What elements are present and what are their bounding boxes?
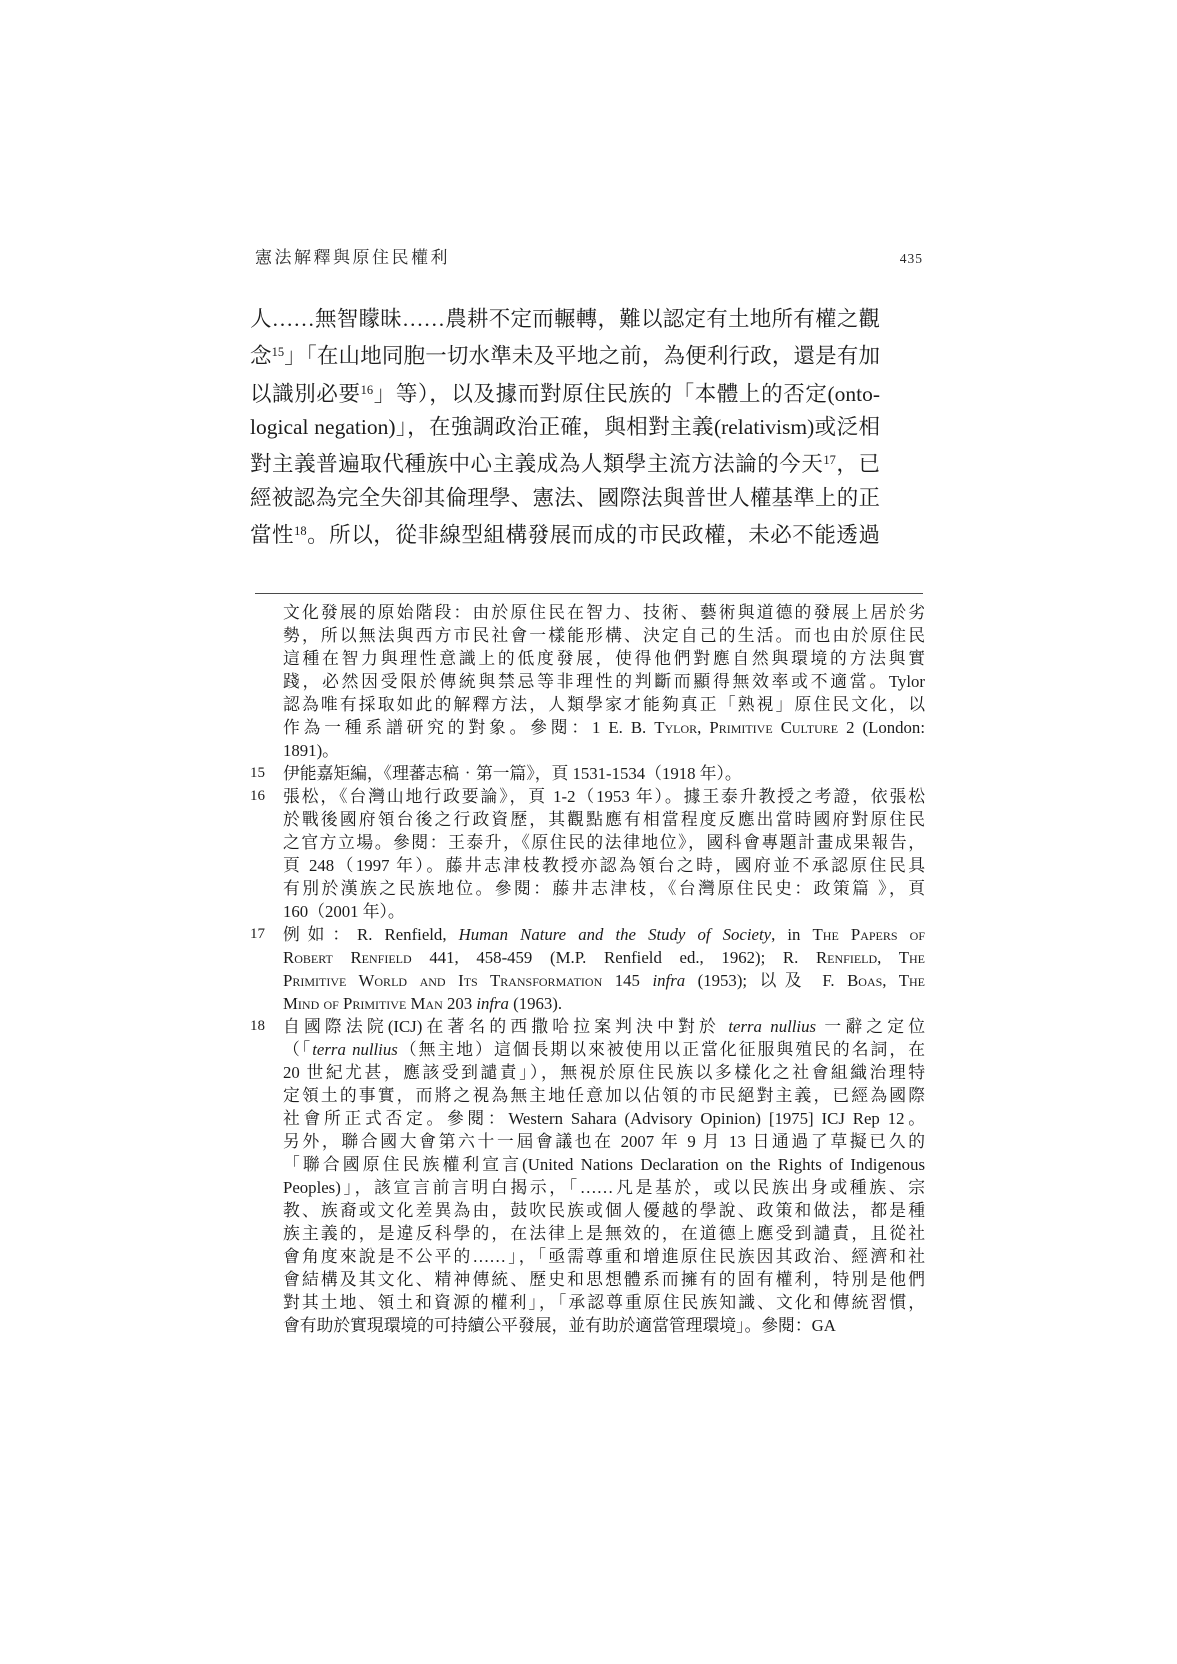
footnote-line: 踐，必然因受限於傳統與禁忌等非理性的判斷而顯得無效率或不適當。Tylor <box>283 670 925 693</box>
text-segment: 20 世紀尤甚，應該受到譴責」），無視於原住民族以多樣化之社會組織治理特 <box>283 1063 925 1082</box>
text-segment: 會角度來說是不公平的……」，「亟需尊重和增進原住民族因其政治、經濟和社 <box>283 1247 925 1266</box>
text-segment: F. Boas, The <box>822 971 925 990</box>
text-segment: 人……無智矇昧……農耕不定而輾轉，難以認定有土地所有權之觀 <box>250 307 880 331</box>
text-segment: 勢，所以無法與西方市民社會一樣能形構、決定自己的生活。而也由於原住民 <box>283 626 925 645</box>
footnote-line: 之官方立場。參閱：王泰升，《原住民的法律地位》，國科會專題計畫成果報告， <box>283 831 925 854</box>
text-segment: （「 <box>283 1040 312 1059</box>
footnote-line: 教、族裔或文化差異為由，鼓吹民族或個人優越的學說、政策和做法，都是種 <box>283 1199 925 1222</box>
footnote-line: 認為唯有採取如此的解釋方法，人類學家才能夠真正「熟視」原住民文化，以 <box>283 693 925 716</box>
text-segment: 會結構及其文化、精神傳統、歷史和思想體系而擁有的固有權利，特別是他們 <box>283 1270 925 1289</box>
footnote-number: 16 <box>250 785 283 923</box>
footnote-line: Primitive World and Its Transformation 1… <box>283 969 925 992</box>
text-segment: 念 <box>250 344 272 368</box>
body-line: 對主義普遍取代種族中心主義成為人類學主流方法論的今天17，已 <box>250 444 880 481</box>
text-segment: Peoples)」，該宣言前言明白揭示，「……凡是基於，或以民族出身或種族、宗 <box>283 1178 925 1197</box>
footnote-line: 定領土的事實，而將之視為無主地任意加以佔領的市民絕對主義，已經為國際 <box>283 1084 925 1107</box>
text-segment: 。所以，從非線型組構發展而成的市民政權，未必不能透過 <box>307 523 880 547</box>
text-segment: 441, 458-459 (M.P. Renfield ed., 1962); <box>412 948 783 967</box>
text-segment: 定領土的事實，而將之視為無主地任意加以佔領的市民絕對主義，已經為國際 <box>283 1086 925 1105</box>
text-segment: 145 <box>602 971 652 990</box>
text-segment: 203 <box>443 994 477 1013</box>
text-segment: 張松，《台灣山地行政要論》，頁 1-2（1953 年）。據王泰升教授之考證，依張… <box>283 787 925 806</box>
text-segment: 頁 248（1997 年）。藤井志津枝教授亦認為領台之時，國府並不承認原住民具 <box>283 856 925 875</box>
body-line: 當性18。所以，從非線型組構發展而成的市民政權，未必不能透過 <box>250 515 880 552</box>
footnote-line: 社會所正式否定。參閱：Western Sahara (Advisory Opin… <box>283 1107 925 1130</box>
footnote-line: 另外，聯合國大會第六十一屆會議也在 2007 年 9 月 13 日通過了草擬已久… <box>283 1130 925 1153</box>
text-segment: The Papers of <box>813 925 925 944</box>
footnote-reference: 18 <box>294 524 306 538</box>
text-segment: 「聯合國原住民族權利宣言(United Nations Declaration … <box>283 1155 925 1174</box>
footnote-line: 族主義的，是違反科學的，在法律上是無效的，在道德上應受到譴責，且從社 <box>283 1222 925 1245</box>
document-page: 憲法解釋與原住民權利 435 人……無智矇昧……農耕不定而輾轉，難以認定有土地所… <box>0 0 1177 1664</box>
page-number: 435 <box>900 251 923 267</box>
text-segment: 有別於漢族之民族地位。參閱：藤井志津枝，《台灣原住民史：政策篇 》，頁 <box>283 879 925 898</box>
text-segment: 1891)。 <box>283 741 339 760</box>
text-segment: (1963). <box>509 994 562 1013</box>
text-segment: 一辭之定位 <box>816 1017 925 1036</box>
text-segment: 這種在智力與理性意識上的低度發展，使得他們對應自然與環境的方法與實 <box>283 649 925 668</box>
footnote-reference: 17 <box>823 453 835 467</box>
footnote-number: 18 <box>250 1015 283 1337</box>
text-segment: 認為唯有採取如此的解釋方法，人類學家才能夠真正「熟視」原住民文化，以 <box>283 695 925 714</box>
footnote-line: 文化發展的原始階段：由於原住民在智力、技術、藝術與道德的發展上居於劣 <box>283 601 925 624</box>
footnote-text: 文化發展的原始階段：由於原住民在智力、技術、藝術與道德的發展上居於劣勢，所以無法… <box>283 601 925 762</box>
text-segment: 族主義的，是違反科學的，在法律上是無效的，在道德上應受到譴責，且從社 <box>283 1224 925 1243</box>
text-segment: infra <box>476 994 509 1013</box>
footnote: 16張松，《台灣山地行政要論》，頁 1-2（1953 年）。據王泰升教授之考證，… <box>250 785 925 923</box>
footnote-line: 1891)。 <box>283 739 925 762</box>
footnote-line: 20 世紀尤甚，應該受到譴責」），無視於原住民族以多樣化之社會組織治理特 <box>283 1061 925 1084</box>
footnote-reference: 16 <box>361 383 373 397</box>
footnote-line: 張松，《台灣山地行政要論》，頁 1-2（1953 年）。據王泰升教授之考證，依張… <box>283 785 925 808</box>
text-segment: 以識別必要 <box>250 382 361 406</box>
footnote-reference: 15 <box>272 345 284 359</box>
body-line: 念15」「在山地同胞一切水準未及平地之前，為便利行政，還是有加 <box>250 336 880 373</box>
screenshot-root: { "page": { "colors": { "background": "#… <box>0 0 1177 1664</box>
footnote: 15伊能嘉矩編，《理蕃志稿‧第一篇》，頁 1531-1534（1918 年）。 <box>250 762 925 785</box>
body-line: 人……無智矇昧……農耕不定而輾轉，難以認定有土地所有權之觀 <box>250 303 880 336</box>
footnote-line: 頁 248（1997 年）。藤井志津枝教授亦認為領台之時，國府並不承認原住民具 <box>283 854 925 877</box>
text-segment: Human Nature and the Study of Society <box>459 925 771 944</box>
body-line: 經被認為完全失卻其倫理學、憲法、國際法與普世人權基準上的正 <box>250 482 880 515</box>
text-segment: , in <box>771 925 812 944</box>
text-segment: terra nullius <box>728 1017 816 1036</box>
text-segment: 之官方立場。參閱：王泰升，《原住民的法律地位》，國科會專題計畫成果報告， <box>283 833 925 852</box>
body-line: logical negation)」，在強調政治正確，與相對主義(relativ… <box>250 411 880 444</box>
text-segment: 對主義普遍取代種族中心主義成為人類學主流方法論的今天 <box>250 452 823 476</box>
body-text: 人……無智矇昧……農耕不定而輾轉，難以認定有土地所有權之觀念15」「在山地同胞一… <box>250 303 880 552</box>
text-segment: (1953); 以及 <box>685 971 822 990</box>
footnote-text: 自國際法院(ICJ)在著名的西撒哈拉案判決中對於 terra nullius 一… <box>283 1015 925 1337</box>
footnote-line: 會角度來說是不公平的……」，「亟需尊重和增進原住民族因其政治、經濟和社 <box>283 1245 925 1268</box>
footnote-line: 於戰後國府領台後之行政資歷，其觀點應有相當程度反應出當時國府對原住民 <box>283 808 925 831</box>
footnote-line: 自國際法院(ICJ)在著名的西撒哈拉案判決中對於 terra nullius 一… <box>283 1015 925 1038</box>
text-segment: 於戰後國府領台後之行政資歷，其觀點應有相當程度反應出當時國府對原住民 <box>283 810 925 829</box>
text-segment: 160（2001 年）。 <box>283 902 405 921</box>
text-segment: 伊能嘉矩編，《理蕃志稿‧第一篇》，頁 1531-1534（1918 年）。 <box>283 764 742 783</box>
text-segment: 作為一種系譜研究的對象。參閱：1 E. B. <box>283 718 654 737</box>
text-segment: 另外，聯合國大會第六十一屆會議也在 2007 年 9 月 13 日通過了草擬已久… <box>283 1132 925 1151</box>
text-segment: Robert Renfield <box>283 948 412 967</box>
footnote: 17例如：R. Renfield, Human Nature and the S… <box>250 923 925 1015</box>
footnote-line: 160（2001 年）。 <box>283 900 925 923</box>
text-segment: ，已 <box>836 452 880 476</box>
footnote: 文化發展的原始階段：由於原住民在智力、技術、藝術與道德的發展上居於劣勢，所以無法… <box>250 601 925 762</box>
footnote-line: Peoples)」，該宣言前言明白揭示，「……凡是基於，或以民族出身或種族、宗 <box>283 1176 925 1199</box>
text-segment: Tylor, Primitive Culture <box>654 718 838 737</box>
text-segment: 當性 <box>250 523 294 547</box>
footnote-line: 「聯合國原住民族權利宣言(United Nations Declaration … <box>283 1153 925 1176</box>
page-header: 憲法解釋與原住民權利 435 <box>255 243 923 268</box>
footnote-number: 15 <box>250 762 283 785</box>
text-segment: Primitive World and Its Transformation <box>283 971 602 990</box>
footnote-separator <box>255 593 923 594</box>
footnote-line: 例如：R. Renfield, Human Nature and the Stu… <box>283 923 925 946</box>
footnote-line: 作為一種系譜研究的對象。參閱：1 E. B. Tylor, Primitive … <box>283 716 925 739</box>
text-segment: （無主地）這個長期以來被使用以正當化征服與殖民的名詞，在 <box>398 1040 925 1059</box>
footnote-number: 17 <box>250 923 283 1015</box>
text-segment: 教、族裔或文化差異為由，鼓吹民族或個人優越的學說、政策和做法，都是種 <box>283 1201 925 1220</box>
text-segment: 例如：R. Renfield, <box>283 925 459 944</box>
text-segment: 」等），以及據而對原住民族的「本體上的否定(onto- <box>373 382 880 406</box>
footnote-line: 勢，所以無法與西方市民社會一樣能形構、決定自己的生活。而也由於原住民 <box>283 624 925 647</box>
text-segment: 社會所正式否定。參閱：Western Sahara (Advisory Opin… <box>283 1109 925 1128</box>
footnote-number <box>250 601 283 762</box>
footnote-text: 張松，《台灣山地行政要論》，頁 1-2（1953 年）。據王泰升教授之考證，依張… <box>283 785 925 923</box>
text-segment: Mind of Primitive Man <box>283 994 443 1013</box>
text-segment: infra <box>652 971 685 990</box>
text-segment: 自國際法院(ICJ)在著名的西撒哈拉案判決中對於 <box>283 1017 728 1036</box>
body-line: 以識別必要16」等），以及據而對原住民族的「本體上的否定(onto- <box>250 374 880 411</box>
footnotes: 文化發展的原始階段：由於原住民在智力、技術、藝術與道德的發展上居於劣勢，所以無法… <box>250 601 925 1337</box>
footnote-line: （「terra nullius（無主地）這個長期以來被使用以正當化征服與殖民的名… <box>283 1038 925 1061</box>
text-segment: 會有助於實現環境的可持續公平發展，並有助於適當管理環境」。參閱：GA <box>283 1316 836 1335</box>
footnote-text: 例如：R. Renfield, Human Nature and the Stu… <box>283 923 925 1015</box>
footnote-line: 會結構及其文化、精神傳統、歷史和思想體系而擁有的固有權利，特別是他們 <box>283 1268 925 1291</box>
text-segment: 經被認為完全失卻其倫理學、憲法、國際法與普世人權基準上的正 <box>250 486 880 510</box>
footnote-line: 會有助於實現環境的可持續公平發展，並有助於適當管理環境」。參閱：GA <box>283 1314 925 1337</box>
footnote-line: Robert Renfield 441, 458-459 (M.P. Renfi… <box>283 946 925 969</box>
footnote-text: 伊能嘉矩編，《理蕃志稿‧第一篇》，頁 1531-1534（1918 年）。 <box>283 762 925 785</box>
text-segment: logical negation)」，在強調政治正確，與相對主義(relativ… <box>250 415 880 439</box>
footnote-line: 這種在智力與理性意識上的低度發展，使得他們對應自然與環境的方法與實 <box>283 647 925 670</box>
text-segment: 文化發展的原始階段：由於原住民在智力、技術、藝術與道德的發展上居於劣 <box>283 603 925 622</box>
running-title: 憲法解釋與原住民權利 <box>255 243 450 268</box>
text-segment: 踐，必然因受限於傳統與禁忌等非理性的判斷而顯得無效率或不適當。Tylor <box>283 672 925 691</box>
text-segment: 2 (London: <box>838 718 925 737</box>
footnote-line: 有別於漢族之民族地位。參閱：藤井志津枝，《台灣原住民史：政策篇 》，頁 <box>283 877 925 900</box>
text-segment: 對其土地、領土和資源的權利」，「承認尊重原住民族知識、文化和傳統習慣， <box>283 1293 925 1312</box>
text-segment: 」「在山地同胞一切水準未及平地之前，為便利行政，還是有加 <box>284 344 880 368</box>
footnote-line: 對其土地、領土和資源的權利」，「承認尊重原住民族知識、文化和傳統習慣， <box>283 1291 925 1314</box>
footnote-line: Mind of Primitive Man 203 infra (1963). <box>283 992 925 1015</box>
text-segment: terra nullius <box>312 1040 398 1059</box>
text-segment: R. Renfield, The <box>783 948 925 967</box>
footnote-line: 伊能嘉矩編，《理蕃志稿‧第一篇》，頁 1531-1534（1918 年）。 <box>283 762 925 785</box>
footnote: 18自國際法院(ICJ)在著名的西撒哈拉案判決中對於 terra nullius… <box>250 1015 925 1337</box>
